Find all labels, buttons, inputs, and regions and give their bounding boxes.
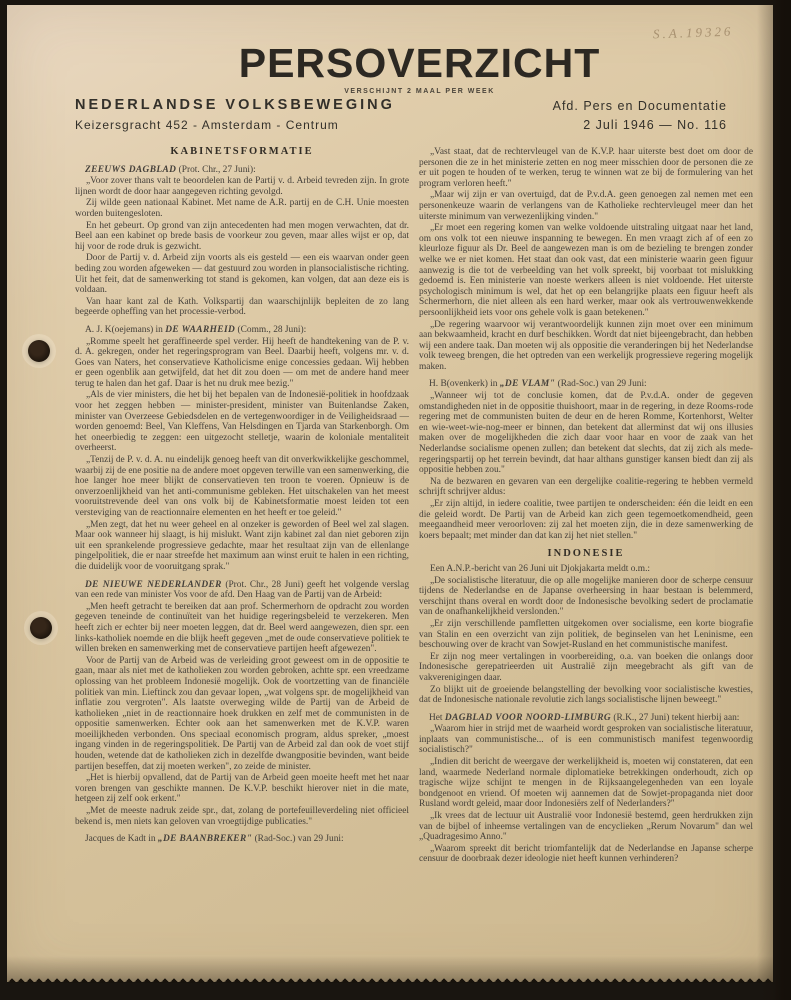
department-line: Afd. Pers en Documentatie bbox=[553, 97, 727, 116]
article-paragraph: Een A.N.P.-bericht van 26 Juni uit Djokj… bbox=[419, 564, 753, 575]
torn-bottom-edge bbox=[7, 974, 773, 983]
handwritten-archive-mark: S.A.19326 bbox=[652, 24, 733, 43]
organization-block: NEDERLANDSE VOLKSBEWEGING Keizersgracht … bbox=[75, 97, 395, 132]
article-paragraph: „Waarom spreekt dit bericht triomfanteli… bbox=[419, 844, 753, 865]
article-paragraph: Na de bezwaren en gevaren van een dergel… bbox=[419, 477, 753, 498]
article-paragraph: „Met de meeste nadruk zeide spr., dat, z… bbox=[75, 806, 409, 827]
page-title: PERSOVERZICHT bbox=[112, 43, 727, 84]
newspaper-name: DE WAARHEID bbox=[165, 325, 235, 335]
article-paragraph: Er zijn nog meer vertalingen in voorbere… bbox=[419, 652, 753, 684]
article-paragraph: „Maar wij zijn er van overtuigd, dat de … bbox=[419, 190, 753, 222]
article-source-line: Het DAGBLAD VOOR NOORD-LIMBURG (R.K., 27… bbox=[419, 713, 753, 724]
article-source-line: A. J. K(oejemans) in DE WAARHEID (Comm.,… bbox=[75, 325, 409, 336]
source-suffix: (Rad-Soc.) van 29 Juni: bbox=[555, 379, 646, 389]
article-paragraph: „Als de vier ministers, die het bij het … bbox=[75, 390, 409, 454]
punch-hole-top bbox=[28, 340, 50, 362]
source-suffix: (Prot. Chr., 27 Juni): bbox=[176, 165, 255, 175]
article-paragraph: „Er zijn altijd, in iedere coalitie, twe… bbox=[419, 499, 753, 541]
page-subtitle: VERSCHIJNT 2 MAAL PER WEEK bbox=[112, 88, 727, 95]
masthead: PERSOVERZICHT VERSCHIJNT 2 MAAL PER WEEK bbox=[67, 43, 727, 95]
source-suffix: (R.K., 27 Juni) tekent hierbij aan: bbox=[611, 713, 739, 723]
article-paragraph: „Er moet een regering komen van welke vo… bbox=[419, 223, 753, 318]
article-paragraph: „Het is hierbij opvallend, dat de Partij… bbox=[75, 773, 409, 805]
article-paragraph: „Romme speelt het geraffineerde spel ver… bbox=[75, 337, 409, 390]
article-paragraph: „Men zegt, dat het nu weer geheel en al … bbox=[75, 520, 409, 573]
organization-name: NEDERLANDSE VOLKSBEWEGING bbox=[75, 97, 395, 113]
issue-block: Afd. Pers en Documentatie 2 Juli 1946 — … bbox=[553, 97, 727, 135]
right-column: „Vast staat, dat de rechtervleugel van d… bbox=[419, 147, 753, 980]
article-paragraph: Voor de Partij van de Arbeid was de verl… bbox=[75, 656, 409, 773]
source-suffix: (Rad-Soc.) van 29 Juni: bbox=[252, 834, 343, 844]
scanned-press-review: { "annotation": { "mark": "S.A.19326" },… bbox=[0, 0, 791, 1000]
article-paragraph: „Indien dit bericht de weergave der werk… bbox=[419, 757, 753, 810]
article-source-line: H. B(ovenkerk) in „DE VLAM" (Rad-Soc.) v… bbox=[419, 379, 753, 390]
masthead-info-row: NEDERLANDSE VOLKSBEWEGING Keizersgracht … bbox=[75, 97, 727, 135]
article-paragraph: Zij wilde geen nationaal Kabinet. Met na… bbox=[75, 198, 409, 219]
article-source-line: ZEEUWS DAGBLAD (Prot. Chr., 27 Juni): bbox=[75, 165, 409, 176]
section-heading: KABINETSFORMATIE bbox=[75, 147, 409, 158]
left-column: KABINETSFORMATIEZEEUWS DAGBLAD (Prot. Ch… bbox=[75, 147, 409, 980]
newspaper-name: „DE BAANBREKER" bbox=[158, 834, 252, 844]
article-paragraph: En het gebeurt. Op grond van zijn antece… bbox=[75, 221, 409, 253]
article-paragraph: „De socialistische literatuur, die op al… bbox=[419, 576, 753, 618]
source-prefix: Het bbox=[429, 713, 445, 723]
article-paragraph: „Voor zover thans valt te beoordelen kan… bbox=[75, 176, 409, 197]
source-prefix: Jacques de Kadt in bbox=[85, 834, 158, 844]
article-paragraph: Zo blijkt uit de groeiende belangstellin… bbox=[419, 685, 753, 706]
source-prefix: A. J. K(oejemans) in bbox=[85, 325, 165, 335]
newspaper-name: DAGBLAD VOOR NOORD-LIMBURG bbox=[445, 713, 611, 723]
article-paragraph: „Waarom hier in strijd met de waarheid w… bbox=[419, 724, 753, 756]
article-paragraph: „Wanneer wij tot de conclusie komen, dat… bbox=[419, 391, 753, 476]
section-heading: INDONESIE bbox=[419, 549, 753, 560]
newspaper-name: „DE VLAM" bbox=[500, 379, 555, 389]
article-paragraph: „Tenzij de P. v. d. A. nu eindelijk geno… bbox=[75, 455, 409, 519]
article-paragraph: „Er zijn verschillende pamfletten uitgek… bbox=[419, 619, 753, 651]
issue-date-number: 2 Juli 1946 — No. 116 bbox=[553, 116, 727, 135]
organization-address: Keizersgracht 452 - Amsterdam - Centrum bbox=[75, 118, 395, 132]
article-paragraph: „Ik vrees dat de lectuur uit Australië v… bbox=[419, 811, 753, 843]
newspaper-name: DE NIEUWE NEDERLANDER bbox=[85, 580, 222, 590]
article-paragraph: „Vast staat, dat de rechtervleugel van d… bbox=[419, 147, 753, 189]
article-paragraph: Van haar kant zal de Kath. Volkspartij d… bbox=[75, 297, 409, 318]
article-columns: KABINETSFORMATIEZEEUWS DAGBLAD (Prot. Ch… bbox=[75, 147, 753, 980]
article-paragraph: Door de Partij v. d. Arbeid zijn voorts … bbox=[75, 253, 409, 295]
article-paragraph: „Men heeft getracht te bereiken dat aan … bbox=[75, 602, 409, 655]
punch-hole-bottom bbox=[30, 617, 52, 639]
document-page: S.A.19326 PERSOVERZICHT VERSCHIJNT 2 MAA… bbox=[7, 5, 773, 982]
newspaper-name: ZEEUWS DAGBLAD bbox=[85, 165, 176, 175]
source-prefix: H. B(ovenkerk) in bbox=[429, 379, 500, 389]
source-suffix: (Comm., 28 Juni): bbox=[235, 325, 306, 335]
article-source-line: DE NIEUWE NEDERLANDER (Prot. Chr., 28 Ju… bbox=[75, 580, 409, 601]
article-source-line: Jacques de Kadt in „DE BAANBREKER" (Rad-… bbox=[75, 834, 409, 845]
article-paragraph: „De regering waarvoor wij verantwoordeli… bbox=[419, 320, 753, 373]
